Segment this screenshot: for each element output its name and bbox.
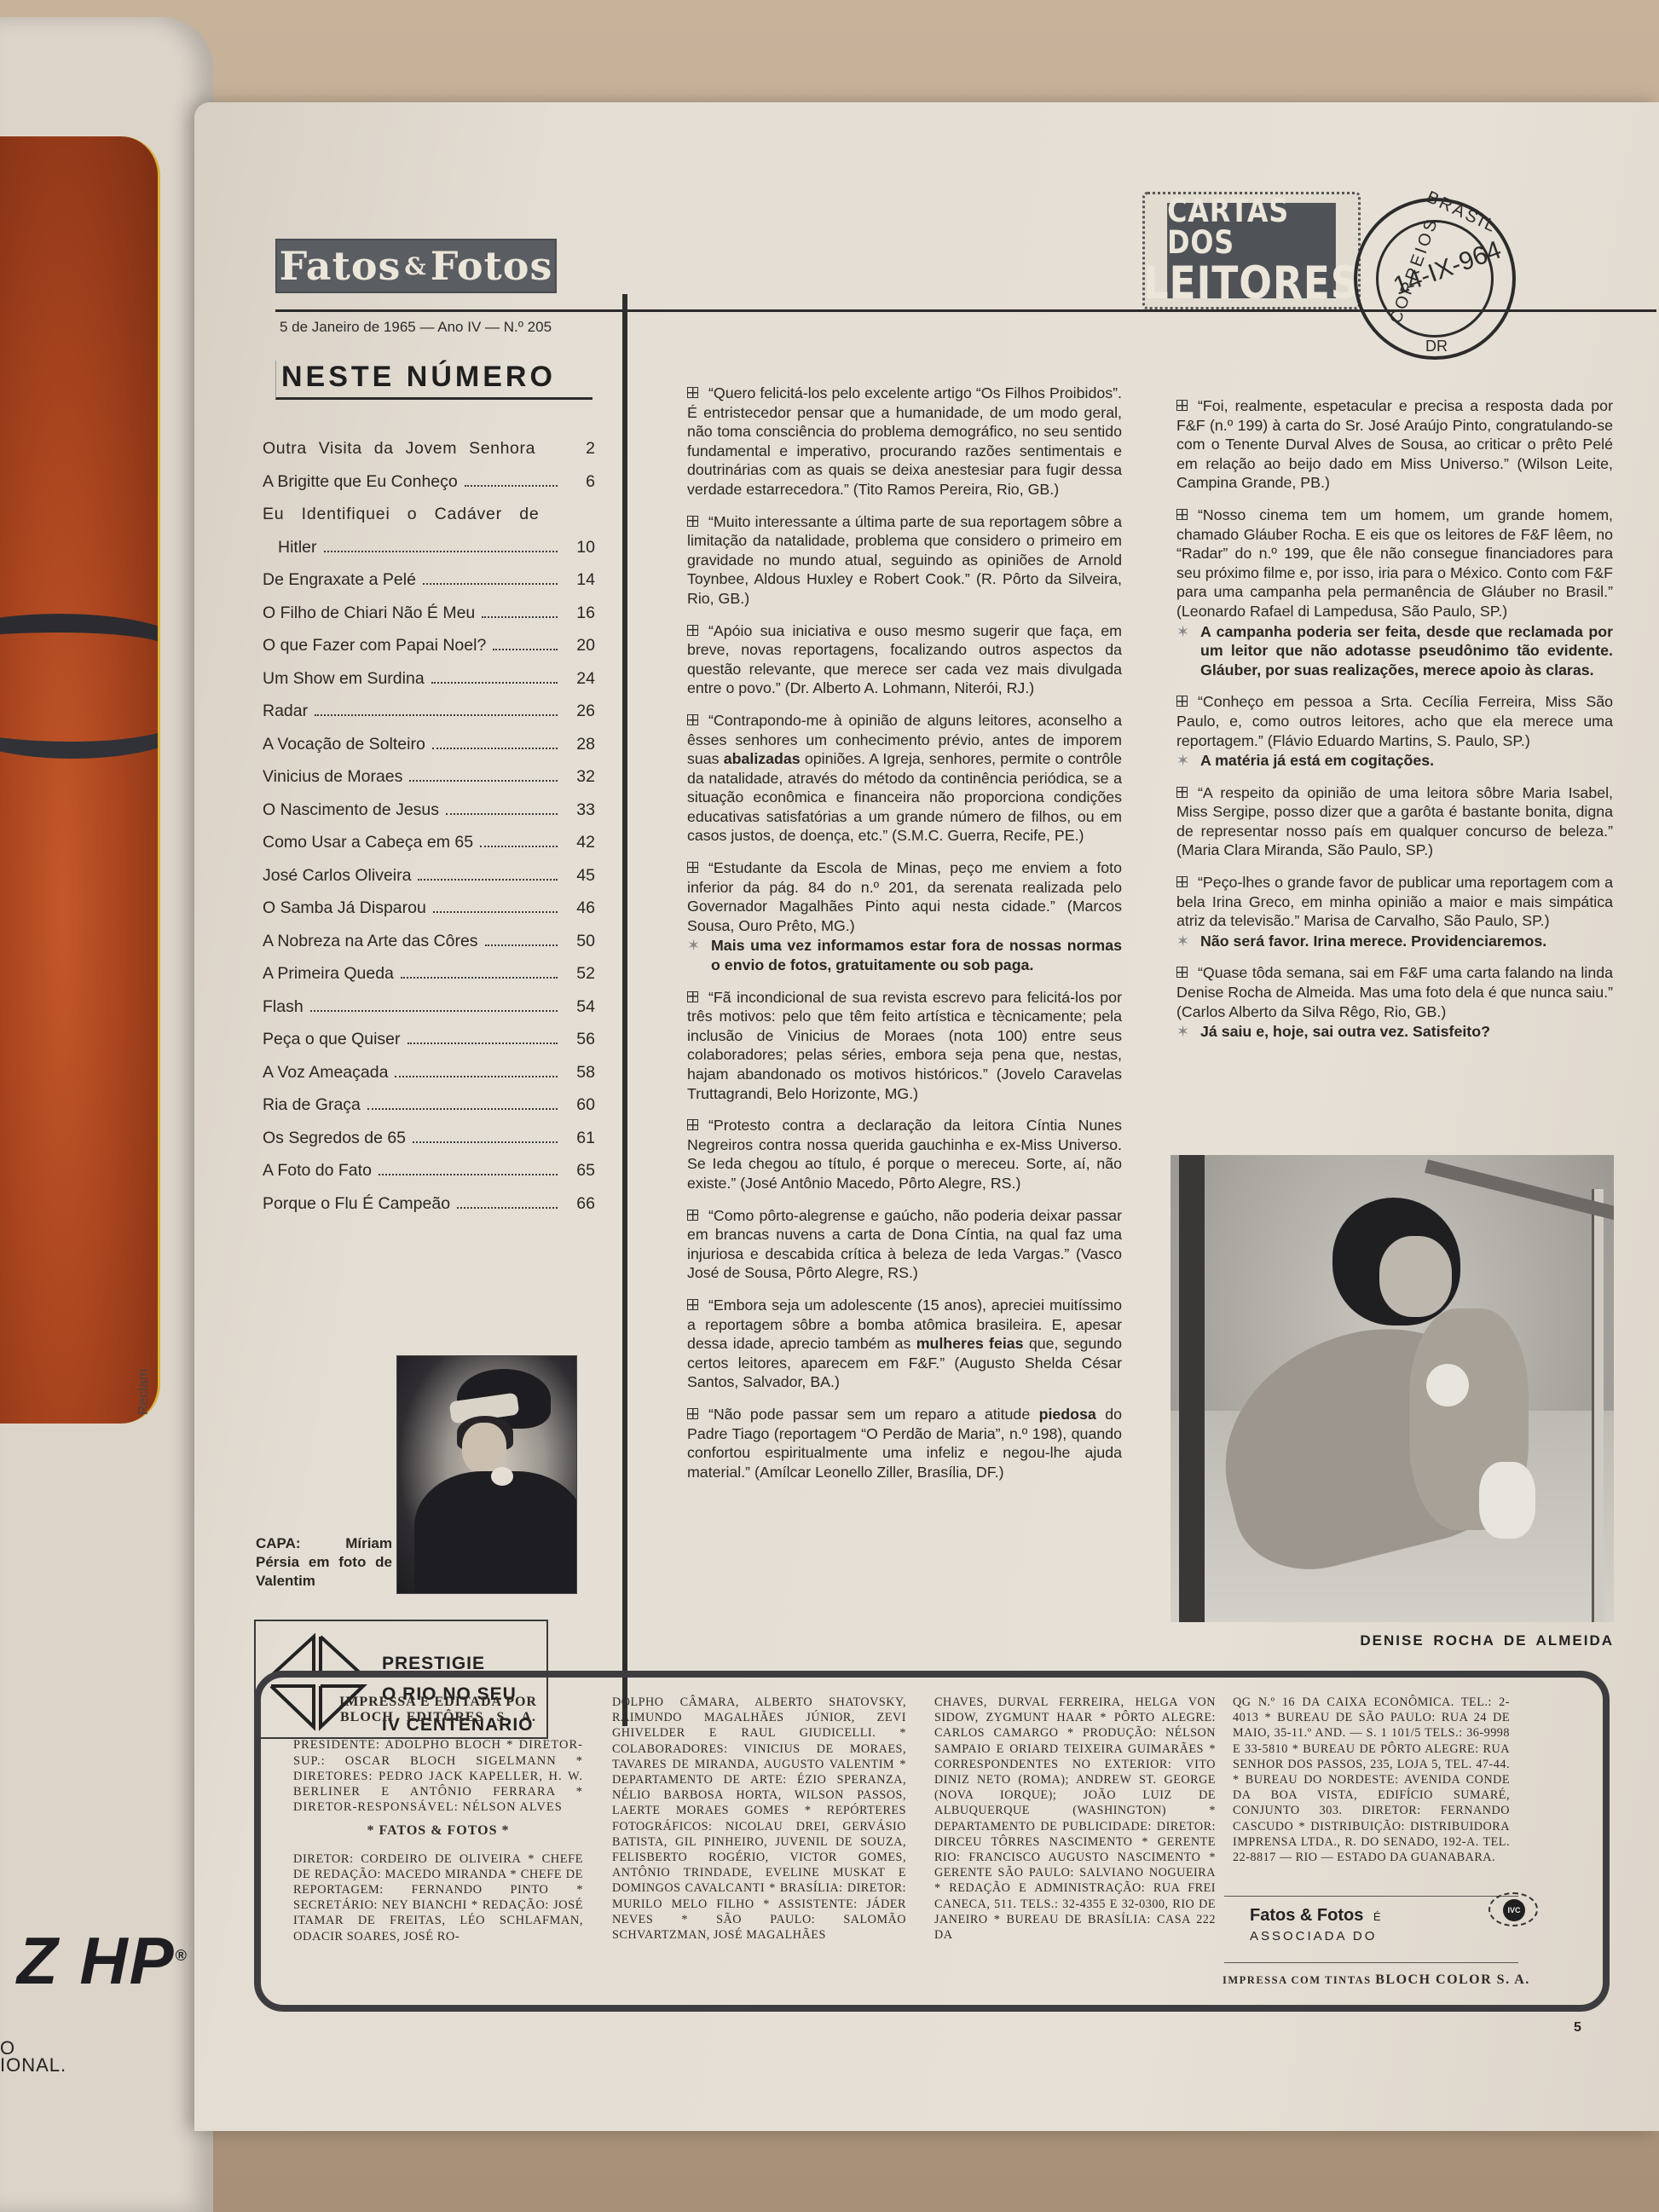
editor-reply: ✶Não será favor. Irina merece. Providenc… — [1176, 932, 1613, 951]
toc-entry-title-continued: Hitler — [263, 538, 317, 557]
toc-leader — [409, 780, 558, 782]
toc-leader — [465, 485, 558, 487]
toc-entry-page: 32 — [564, 767, 595, 787]
toc-entry-page: 58 — [564, 1063, 595, 1083]
photo-shape — [1592, 1189, 1604, 1622]
bullet-box-icon — [687, 714, 698, 725]
association-notice: Fatos & Fotos É ASSOCIADA DO — [1250, 1906, 1381, 1943]
toc-entry[interactable]: Ria de Graça60 — [263, 1095, 595, 1129]
toc-entry[interactable]: Flash54 — [263, 997, 595, 1031]
toc-entry-title: O que Fazer com Papai Noel? — [263, 636, 486, 656]
toc-entry-title: Outra Visita da Jovem Senhora — [263, 439, 535, 459]
toc-leader — [485, 944, 558, 946]
toc-leader — [395, 1076, 558, 1077]
photo-shape — [1179, 1155, 1205, 1622]
bullet-box-icon — [1176, 967, 1188, 978]
reply-text: Já saiu e, hoje, sai outra vez. Satisfei… — [1200, 1023, 1490, 1040]
editor-reply: ✶Já saiu e, hoje, sai outra vez. Satisfe… — [1176, 1022, 1613, 1042]
reader-letter: “Conheço em pessoa a Srta. Cecília Ferre… — [1176, 692, 1613, 750]
toc-entry-title: A Primeira Queda — [263, 964, 394, 984]
printing-notice: IMPRESSA COM TINTAS BLOCH COLOR S. A. — [1223, 1972, 1530, 1988]
bullet-box-icon — [1176, 400, 1188, 411]
star-icon: ✶ — [687, 936, 700, 956]
letter-text: “Muito interessante a última parte de su… — [687, 513, 1122, 607]
toc-title: NESTE NÚMERO — [275, 361, 592, 400]
reader-letter: “Protesto contra a declaração da leitora… — [687, 1116, 1122, 1193]
credits-rule — [1224, 1962, 1518, 1963]
toc-entry-page: 50 — [564, 932, 595, 951]
toc-entry[interactable]: O Nascimento de Jesus33 — [263, 800, 595, 834]
toc-entry[interactable]: Como Usar a Cabeça em 6542 — [263, 833, 595, 866]
bullet-box-icon — [687, 862, 698, 873]
toc-entry-title: Um Show em Surdina — [263, 669, 425, 689]
letter-text: “Foi, realmente, espetacular e precisa a… — [1176, 397, 1613, 491]
editor-reply: ✶A matéria já está em cogitações. — [1176, 751, 1613, 771]
toc-entry-page: 45 — [564, 866, 595, 886]
toc-leader — [408, 1042, 558, 1044]
toc-entry[interactable]: O Filho de Chiari Não É Meu16 — [263, 604, 595, 637]
bullet-box-icon — [1176, 509, 1188, 520]
toc-entry-page: 33 — [564, 800, 595, 820]
facing-page-left: Reclam Z HP® O IONAL. — [0, 17, 213, 2212]
letter-emphasis: abalizadas — [724, 750, 801, 767]
toc-entry-page: 2 — [564, 439, 595, 459]
postmark-icon: BRASIL CORREIOS DR 14-IX-964 — [1354, 198, 1516, 360]
credits-column-3: Chaves, Durval Ferreira, Helga von Sidow… — [934, 1695, 1216, 1943]
magazine-logo: Fatos & Fotos — [275, 239, 557, 293]
toc-entry-title: A Brigitte que Eu Conheço — [263, 472, 458, 492]
letter-text: “Protesto contra a declaração da leitora… — [687, 1117, 1122, 1192]
toc-entry[interactable]: O que Fazer com Papai Noel?20 — [263, 636, 595, 669]
bullet-box-icon — [687, 516, 698, 527]
advertisement-text-line: IONAL. — [0, 2054, 66, 2076]
photo-shape — [1479, 1462, 1535, 1539]
magazine-page: Fatos & Fotos 5 de Janeiro de 1965 — Ano… — [194, 102, 1659, 2131]
association-logo-text: Fatos & Fotos — [1250, 1906, 1363, 1925]
letter-text: “Não pode passar sem um reparo a atitude — [708, 1406, 1039, 1423]
credits-heading: * FATOS & FOTOS * — [293, 1823, 583, 1839]
reader-letter: “Quero felicitá-los pelo excelente artig… — [687, 384, 1122, 500]
toc-entry-title: Radar — [263, 702, 308, 721]
toc-entry-title: A Voz Ameaçada — [263, 1063, 388, 1083]
reader-letter: “Nosso cinema tem um homem, um grande ho… — [1176, 505, 1613, 621]
toc-leader — [446, 813, 558, 815]
photo-shape — [0, 682, 160, 759]
reader-letter: “Fã incondicional de sua revista escrevo… — [687, 988, 1122, 1104]
photo-shape — [414, 1471, 577, 1594]
toc-entry-page: 46 — [564, 898, 595, 918]
toc-entry-page: 61 — [564, 1129, 595, 1148]
letters-column-2: “Foi, realmente, espetacular e precisa a… — [1176, 396, 1613, 1054]
toc-leader — [310, 1010, 558, 1012]
toc-leader — [413, 1141, 558, 1143]
toc-entry-title: José Carlos Oliveira — [263, 866, 411, 886]
section-title-line: CARTAS DOS — [1167, 195, 1336, 258]
toc-entry-page: 24 — [564, 669, 595, 689]
letter-text: “Estudante da Escola de Minas, peço me e… — [687, 859, 1122, 934]
toc-entry-title: Porque o Flu É Campeão — [263, 1194, 450, 1214]
reader-letter: “Muito interessante a última parte de su… — [687, 512, 1122, 609]
toc-leader — [418, 879, 558, 881]
toc-entry-page: 20 — [564, 636, 595, 656]
credits-text: PRESIDENTE: Adolpho Bloch * DIRETOR-SUP.… — [293, 1737, 583, 1815]
bullet-box-icon — [687, 1119, 698, 1130]
toc-entry-page: 52 — [564, 964, 595, 984]
toc-entry[interactable]: De Engraxate a Pelé14 — [263, 570, 595, 604]
toc-leader — [493, 649, 558, 650]
printing-notice-text: IMPRESSA COM TINTAS — [1223, 1974, 1372, 1986]
toc-entry-title: Ria de Graça — [263, 1095, 361, 1115]
photo-shape — [0, 614, 160, 682]
toc-entry-title: A Foto do Fato — [263, 1161, 372, 1181]
toc-entry-title: Os Segredos de 65 — [263, 1129, 406, 1148]
registered-mark: ® — [176, 1947, 188, 1964]
letter-text: “Peço-lhes o grande favor de publicar um… — [1176, 874, 1613, 929]
toc-entry-title: Flash — [263, 997, 303, 1017]
logo-word: Fotos — [431, 243, 553, 289]
toc-entry-title: Eu Identifiquei o Cadáver de — [263, 505, 595, 524]
reader-letter: “Quase tôda semana, sai em F&F uma carta… — [1176, 963, 1613, 1021]
reader-letter: “Peço-lhes o grande favor de publicar um… — [1176, 873, 1613, 931]
toc-entry-page: 66 — [564, 1194, 595, 1214]
toc-entry[interactable]: Outra Visita da Jovem Senhora2 — [263, 439, 595, 472]
association-text: É — [1373, 1910, 1381, 1923]
toc-entry[interactable]: A Brigitte que Eu Conheço6 — [263, 472, 595, 505]
section-title-line: LEITORES — [1144, 261, 1360, 306]
reader-letter: “Contrapondo-me à opinião de alguns leit… — [687, 711, 1122, 846]
toc-leader — [423, 583, 558, 585]
reply-text: Mais uma vez informamos estar fora de no… — [711, 937, 1122, 973]
bullet-box-icon — [687, 387, 698, 398]
toc-entry-title: Vinicius de Moraes — [263, 767, 402, 787]
toc-entry-title: Como Usar a Cabeça em 65 — [263, 833, 473, 852]
credits-rule — [1224, 1896, 1518, 1897]
reply-text: A matéria já está em cogitações. — [1200, 752, 1434, 769]
toc-entry-title: A Vocação de Solteiro — [263, 735, 425, 754]
credits-text: DIRETOR: Cordeiro de Oliveira * CHEFE DE… — [293, 1851, 583, 1944]
toc-entry[interactable]: Peça o que Quiser56 — [263, 1030, 595, 1063]
toc-entry[interactable]: A Voz Ameaçada58 — [263, 1063, 595, 1096]
brand-text: Z HP — [17, 1923, 176, 1998]
postmark-text: DR — [1425, 338, 1448, 355]
spacer — [293, 1839, 583, 1851]
table-of-contents: Outra Visita da Jovem Senhora2 A Brigitt… — [263, 439, 595, 1227]
toc-entry-page: 14 — [564, 570, 595, 590]
toc-entry-page: 26 — [564, 702, 595, 721]
masthead-credits-box: IMPRESSA E EDITADA POR BLOCH EDITÔRES S.… — [254, 1671, 1610, 2012]
bullet-box-icon — [687, 1299, 698, 1310]
star-icon: ✶ — [1176, 1022, 1189, 1042]
photo-shape — [491, 1467, 513, 1486]
photo-shape — [1426, 1364, 1469, 1406]
toc-entry[interactable]: Vinicius de Moraes32 — [263, 767, 595, 800]
toc-leader — [431, 682, 558, 684]
toc-entry-title: Peça o que Quiser — [263, 1030, 401, 1049]
credits-heading: BLOCH EDITÔRES S. A. — [293, 1710, 583, 1725]
toc-entry[interactable]: Radar26 — [263, 702, 595, 735]
reader-letter: “Como pôrto-alegrense e gaúcho, não pode… — [687, 1206, 1122, 1283]
toc-leader — [367, 1108, 558, 1110]
toc-entry-page: 65 — [564, 1161, 595, 1181]
toc-entry-page: 54 — [564, 997, 595, 1017]
toc-leader — [324, 551, 558, 552]
column-divider — [622, 294, 627, 1726]
reader-letter: “Apóio sua iniciativa e ouso mesmo suger… — [687, 621, 1122, 698]
star-icon: ✶ — [1176, 751, 1189, 771]
editor-reply: ✶A campanha poderia ser feita, desde que… — [1176, 622, 1613, 680]
toc-leader — [401, 977, 558, 979]
bullet-box-icon — [687, 1408, 698, 1419]
letter-emphasis: piedosa — [1039, 1406, 1096, 1423]
letter-text: “Quase tôda semana, sai em F&F uma carta… — [1176, 964, 1613, 1019]
credits-text: Chaves, Durval Ferreira, Helga von Sidow… — [934, 1695, 1216, 1943]
ivc-logo-text: IVC — [1503, 1899, 1525, 1921]
toc-entry-title: O Filho de Chiari Não É Meu — [263, 604, 475, 623]
toc-entry-page: 28 — [564, 735, 595, 754]
ivc-logo-icon: IVC — [1488, 1892, 1538, 1926]
star-icon: ✶ — [1176, 932, 1189, 951]
toc-entry-title: O Nascimento de Jesus — [263, 800, 439, 820]
toc-entry-page: 6 — [564, 472, 595, 492]
section-title: CARTAS DOS LEITORES — [1167, 203, 1336, 298]
toc-entry[interactable]: A Vocação de Solteiro28 — [263, 735, 595, 768]
toc-entry[interactable]: Um Show em Surdina24 — [263, 669, 595, 702]
photo-shape — [1379, 1236, 1452, 1317]
toc-entry-title: A Nobreza na Arte das Côres — [263, 932, 478, 951]
editor-reply: ✶Mais uma vez informamos estar fora de n… — [687, 936, 1122, 974]
advertisement-agency-label: Reclam — [136, 1369, 152, 1415]
toc-leader — [482, 616, 558, 618]
letters-column-1: “Quero felicitá-los pelo excelente artig… — [687, 384, 1122, 1494]
page-number: 5 — [1574, 2020, 1581, 2036]
toc-entry-page: 60 — [564, 1095, 595, 1115]
toc-entry[interactable]: A Nobreza na Arte das Côres50 — [263, 932, 595, 965]
logo-ampersand: & — [404, 252, 426, 280]
reader-letter: “Estudante da Escola de Minas, peço me e… — [687, 858, 1122, 935]
photo-caption: DENISE ROCHA DE ALMEIDA — [1173, 1632, 1614, 1649]
reader-letter: “Não pode passar sem um reparo a atitude… — [687, 1405, 1122, 1481]
credits-text: dolpho Câmara, Alberto Shatovsky, Raimun… — [612, 1695, 906, 1943]
cover-caption: CAPA: Míriam Pérsia em foto de Valentim — [256, 1534, 392, 1591]
bullet-box-icon — [1176, 876, 1188, 887]
bullet-box-icon — [1176, 696, 1188, 707]
bullet-box-icon — [687, 625, 698, 636]
credits-text: QG n.º 16 da Caixa Econômica. Tel.: 2-40… — [1233, 1695, 1510, 1865]
advertisement-brand: Z HP® — [17, 1922, 188, 2000]
reader-letter: “A respeito da opinião de uma leitora sô… — [1176, 783, 1613, 860]
letter-text: “Quero felicitá-los pelo excelente artig… — [687, 384, 1122, 498]
association-text: ASSOCIADA DO — [1250, 1929, 1381, 1943]
letter-emphasis: mulheres feias — [916, 1335, 1024, 1352]
toc-entry-page: 56 — [564, 1030, 595, 1049]
toc-entry-page: 16 — [564, 604, 595, 623]
toc-entry[interactable]: O Samba Já Disparou46 — [263, 898, 595, 932]
toc-entry[interactable]: José Carlos Oliveira45 — [263, 866, 595, 899]
toc-entry[interactable]: A Foto do Fato65 — [263, 1161, 595, 1194]
letter-text: “Fã incondicional de sua revista escrevo… — [687, 989, 1122, 1102]
credits-column-4: QG n.º 16 da Caixa Econômica. Tel.: 2-40… — [1233, 1695, 1510, 1865]
bullet-box-icon — [1176, 787, 1188, 798]
section-title-stamp: CARTAS DOS LEITORES — [1142, 192, 1361, 309]
cover-photo-thumbnail — [396, 1355, 577, 1594]
toc-entry[interactable]: Eu Identifiquei o Cadáver de Hitler10 — [263, 505, 595, 570]
letter-text: “Conheço em pessoa a Srta. Cecília Ferre… — [1176, 693, 1613, 748]
featured-photo — [1171, 1155, 1614, 1622]
printing-notice-brand: BLOCH COLOR S. A. — [1375, 1972, 1530, 1987]
toc-entry[interactable]: A Primeira Queda52 — [263, 964, 595, 997]
star-icon: ✶ — [1176, 622, 1189, 642]
letter-text: “A respeito da opinião de uma leitora sô… — [1176, 784, 1613, 859]
toc-entry[interactable]: Os Segredos de 6561 — [263, 1129, 595, 1162]
photo-shape — [1425, 1159, 1614, 1220]
toc-leader — [542, 453, 558, 453]
toc-entry-page: 42 — [564, 833, 595, 852]
photo-shape — [462, 1423, 506, 1474]
toc-leader — [457, 1207, 558, 1209]
toc-entry-page: 10 — [564, 538, 595, 557]
toc-entry-title: O Samba Já Disparou — [263, 898, 426, 918]
toc-leader — [432, 748, 558, 749]
toc-leader — [379, 1174, 558, 1175]
toc-leader — [433, 911, 558, 913]
reply-text: A campanha poderia ser feita, desde que … — [1200, 623, 1613, 679]
reply-text: Não será favor. Irina merece. Providenci… — [1200, 933, 1546, 950]
spacer — [293, 1725, 583, 1737]
reader-letter: “Foi, realmente, espetacular e precisa a… — [1176, 396, 1613, 493]
reader-letter: “Embora seja um adolescente (15 anos), a… — [687, 1296, 1122, 1392]
letter-text: “Apóio sua iniciativa e ouso mesmo suger… — [687, 622, 1122, 697]
toc-entry[interactable]: Porque o Flu É Campeão66 — [263, 1194, 595, 1227]
toc-entry-title: De Engraxate a Pelé — [263, 570, 416, 590]
toc-leader — [315, 714, 558, 716]
advertisement-photo — [0, 136, 160, 1424]
bullet-box-icon — [687, 1210, 698, 1221]
issue-date-line: 5 de Janeiro de 1965 — Ano IV — N.º 205 — [280, 319, 552, 336]
credits-heading: IMPRESSA E EDITADA POR — [293, 1695, 583, 1710]
bullet-box-icon — [687, 991, 698, 1002]
credits-column-2: dolpho Câmara, Alberto Shatovsky, Raimun… — [612, 1695, 906, 1943]
letter-text: “Como pôrto-alegrense e gaúcho, não pode… — [687, 1207, 1122, 1282]
toc-leader — [480, 846, 558, 847]
logo-word: Fatos — [280, 243, 402, 289]
letter-text: “Nosso cinema tem um homem, um grande ho… — [1176, 506, 1613, 620]
credits-column-1: IMPRESSA E EDITADA POR BLOCH EDITÔRES S.… — [293, 1695, 583, 1944]
spacer — [293, 1815, 583, 1823]
